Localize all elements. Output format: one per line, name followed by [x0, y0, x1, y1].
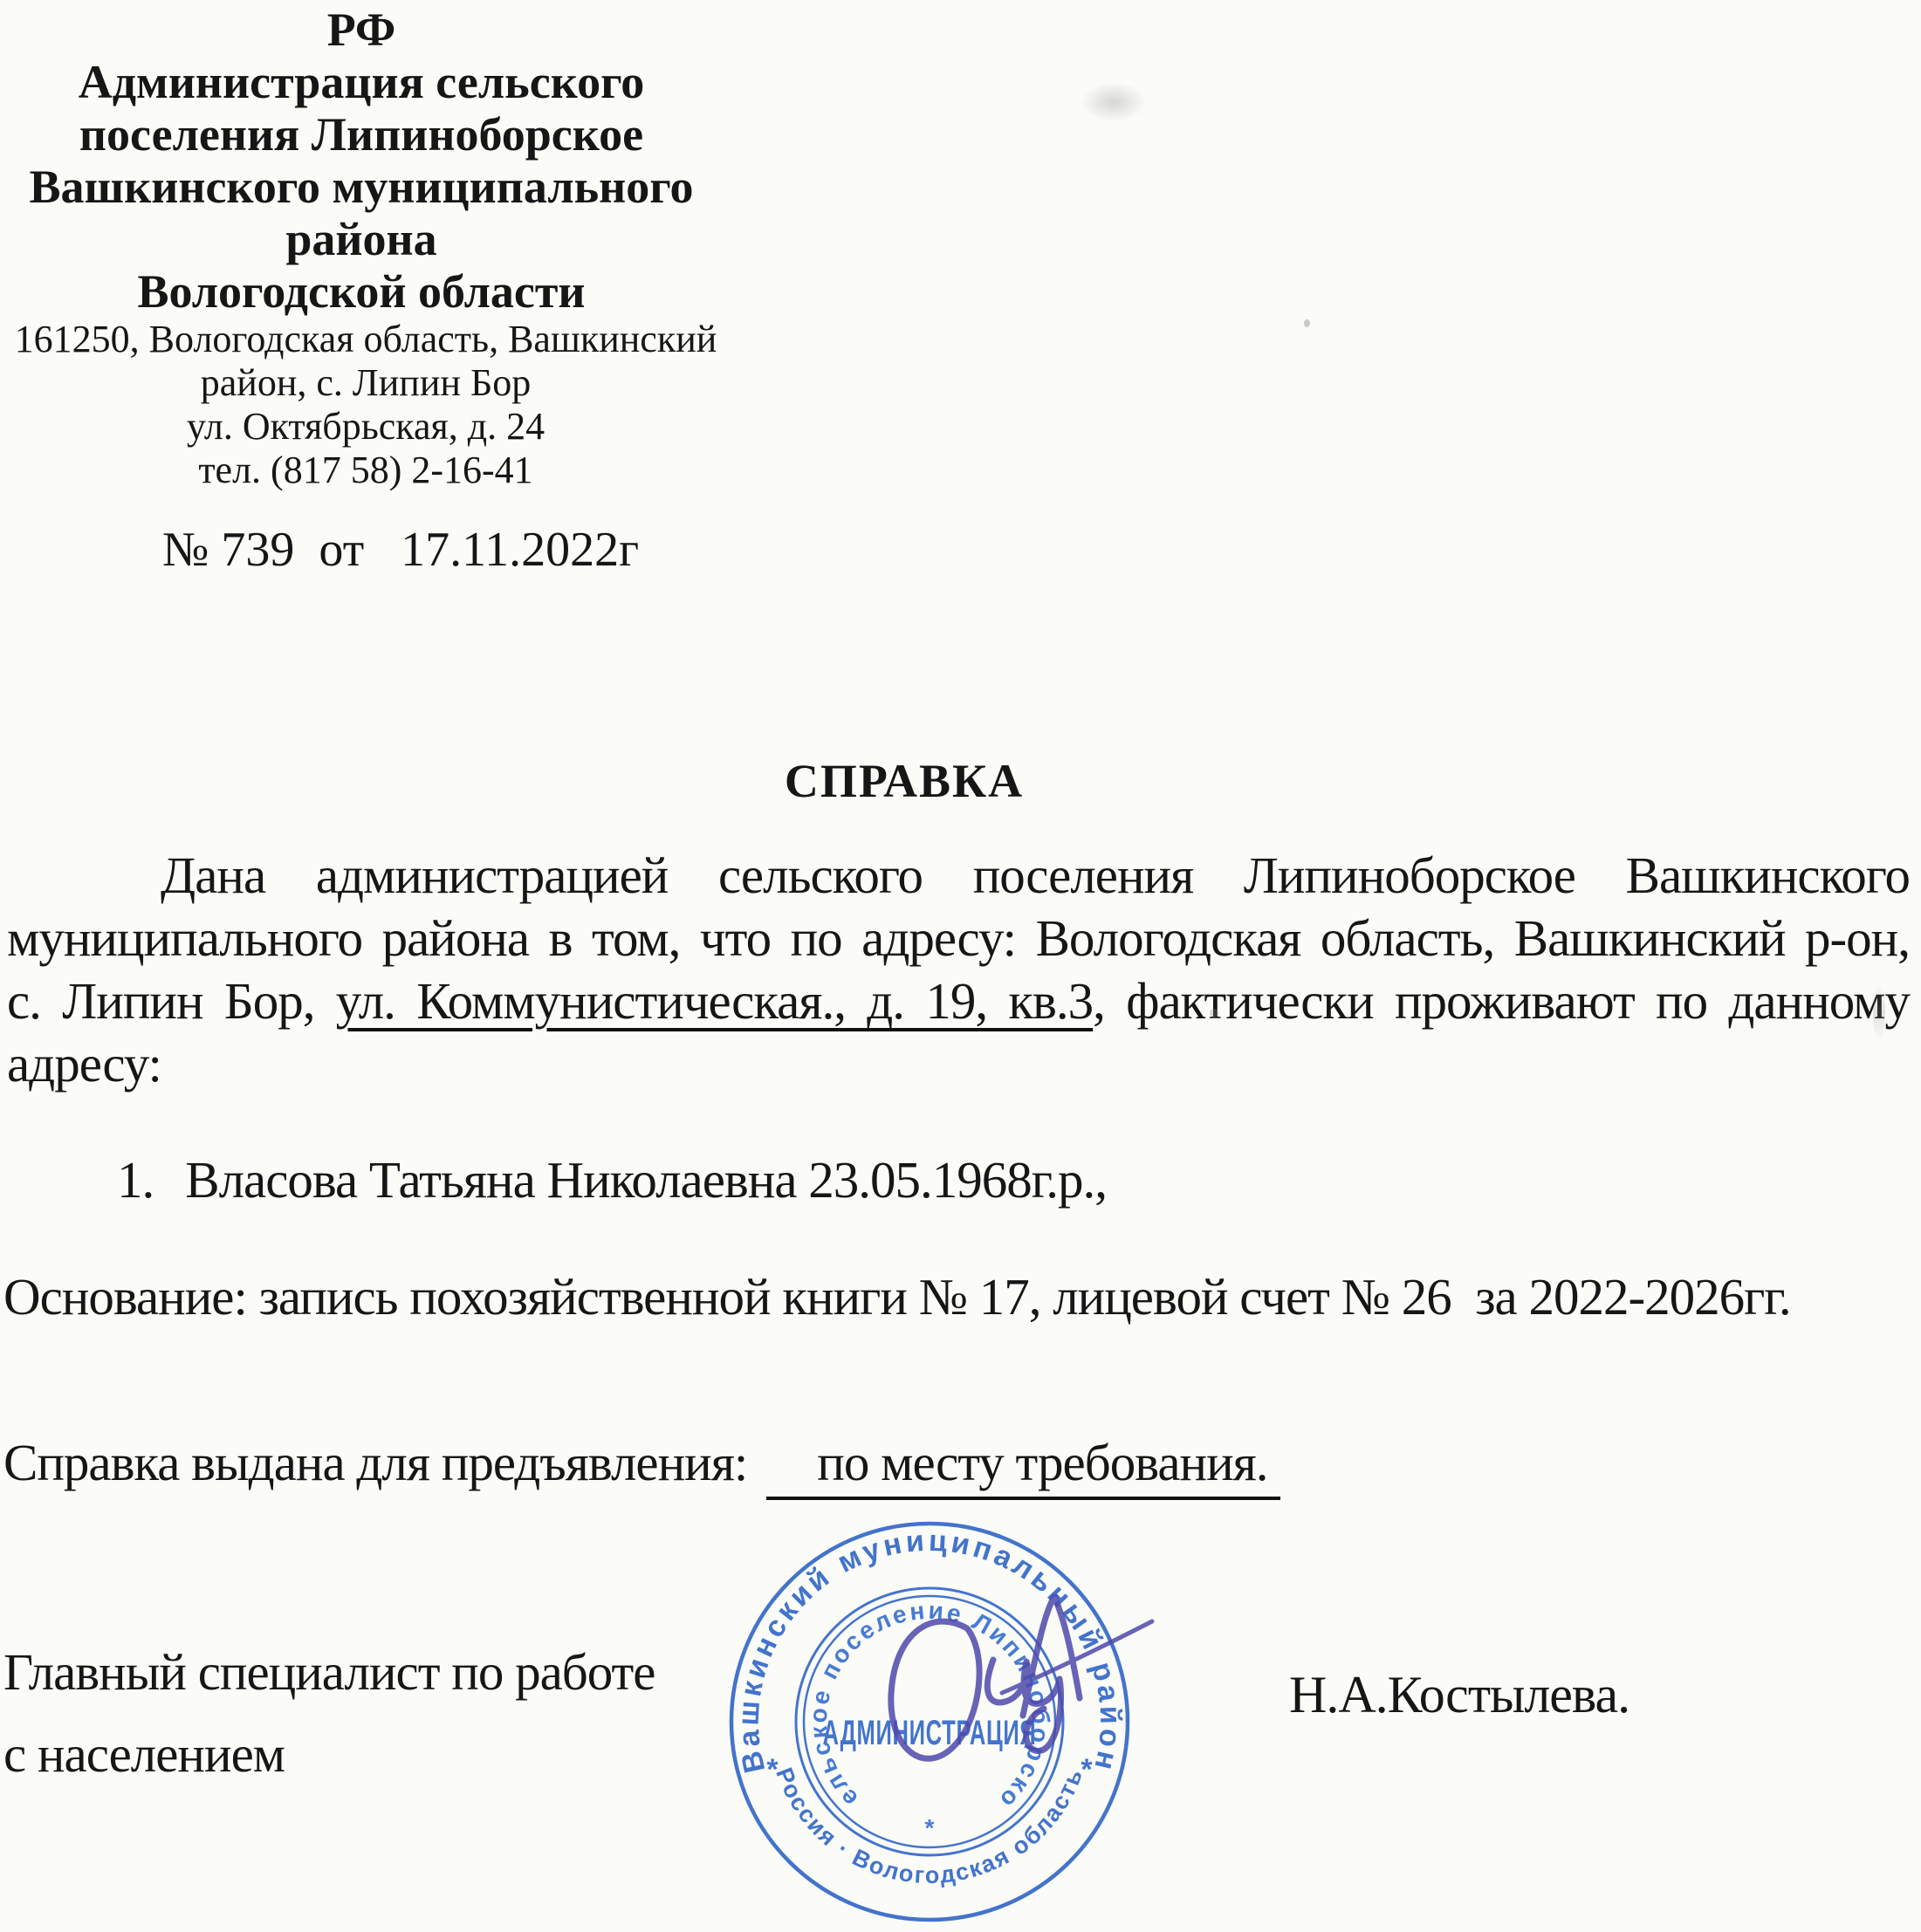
stamp-center-text: АДМИНИСТРАЦИЯ — [823, 1714, 1037, 1752]
letterhead-line-administration: Администрация сельского — [0, 56, 723, 108]
signatory-position-line-1: Главный специалист по работе — [3, 1642, 655, 1702]
scan-smudge-artifact — [1081, 82, 1147, 122]
scan-speck-artifact — [1304, 319, 1310, 327]
resident-number: 1. — [117, 1151, 154, 1209]
body-line3-prefix: с. Липин Бор, — [7, 972, 336, 1030]
document-title: СПРАВКА — [0, 754, 1808, 808]
letterhead-address-block: 161250, Вологодская область, Вашкинский … — [0, 318, 731, 492]
stamp-asterisk-left: * — [766, 1753, 779, 1786]
signatory-name: Н.А.Костылева. — [1289, 1665, 1629, 1725]
letterhead-line-district-1: Вашкинского муниципального — [0, 161, 723, 213]
signatory-position-line-2: с населением — [3, 1724, 285, 1785]
scan-fiber-artifact — [1873, 984, 1885, 1040]
body-paragraph-line-4: адресу: — [7, 1033, 1910, 1095]
body-paragraph-line-2: муниципального района в том, что по адре… — [7, 908, 1910, 969]
address-line-phone: тел. (817 58) 2-16-41 — [0, 449, 731, 492]
stamp-inner-ring-text: Сельское поселение Липиноборское — [805, 1597, 1055, 1816]
stamp-asterisk-right: * — [1081, 1753, 1093, 1786]
stamp-asterisk-bottom: * — [925, 1814, 935, 1841]
body-line3-suffix: , фактически проживают по данному — [1093, 972, 1910, 1030]
round-stamp-and-signature: Вашкинский муниципальный район Россия · … — [707, 1483, 1248, 1932]
address-line-village: район, с. Липин Бор — [0, 361, 731, 405]
address-line-postal: 161250, Вологодская область, Вашкинский — [0, 318, 731, 361]
letterhead-line-rf: РФ — [0, 3, 723, 56]
body-paragraph-line-3: с. Липин Бор, ул. Коммунистическая., д. … — [7, 970, 1910, 1032]
letterhead-line-district-2: района — [0, 213, 723, 265]
scan-dot-artifact — [1210, 1009, 1218, 1017]
letterhead-org-block: РФ Администрация сельского поселения Лип… — [0, 3, 723, 318]
basis-line: Основание: запись похозяйственной книги … — [3, 1267, 1791, 1327]
address-line-street: ул. Октябрьская, д. 24 — [0, 405, 731, 449]
resident-list-item: 1.Власова Татьяна Николаевна 23.05.1968г… — [117, 1150, 1107, 1210]
resident-name-dob: Власова Татьяна Николаевна 23.05.1968г.р… — [185, 1151, 1107, 1209]
underlined-street-address: ул. Коммунистическая., д. 19, кв.3 — [336, 972, 1093, 1030]
letterhead-line-region: Вологодской области — [0, 265, 723, 318]
issued-for-label: Справка выдана для предъявления: — [3, 1434, 747, 1491]
body-paragraph-line-1: Дана администрацией сельского поселения … — [7, 845, 1910, 907]
stamp-group: Вашкинский муниципальный район Россия · … — [731, 1524, 1128, 1920]
document-number-date: № 739 от 17.11.2022г — [162, 522, 639, 578]
letterhead-line-settlement: поселения Липиноборское — [0, 108, 723, 161]
